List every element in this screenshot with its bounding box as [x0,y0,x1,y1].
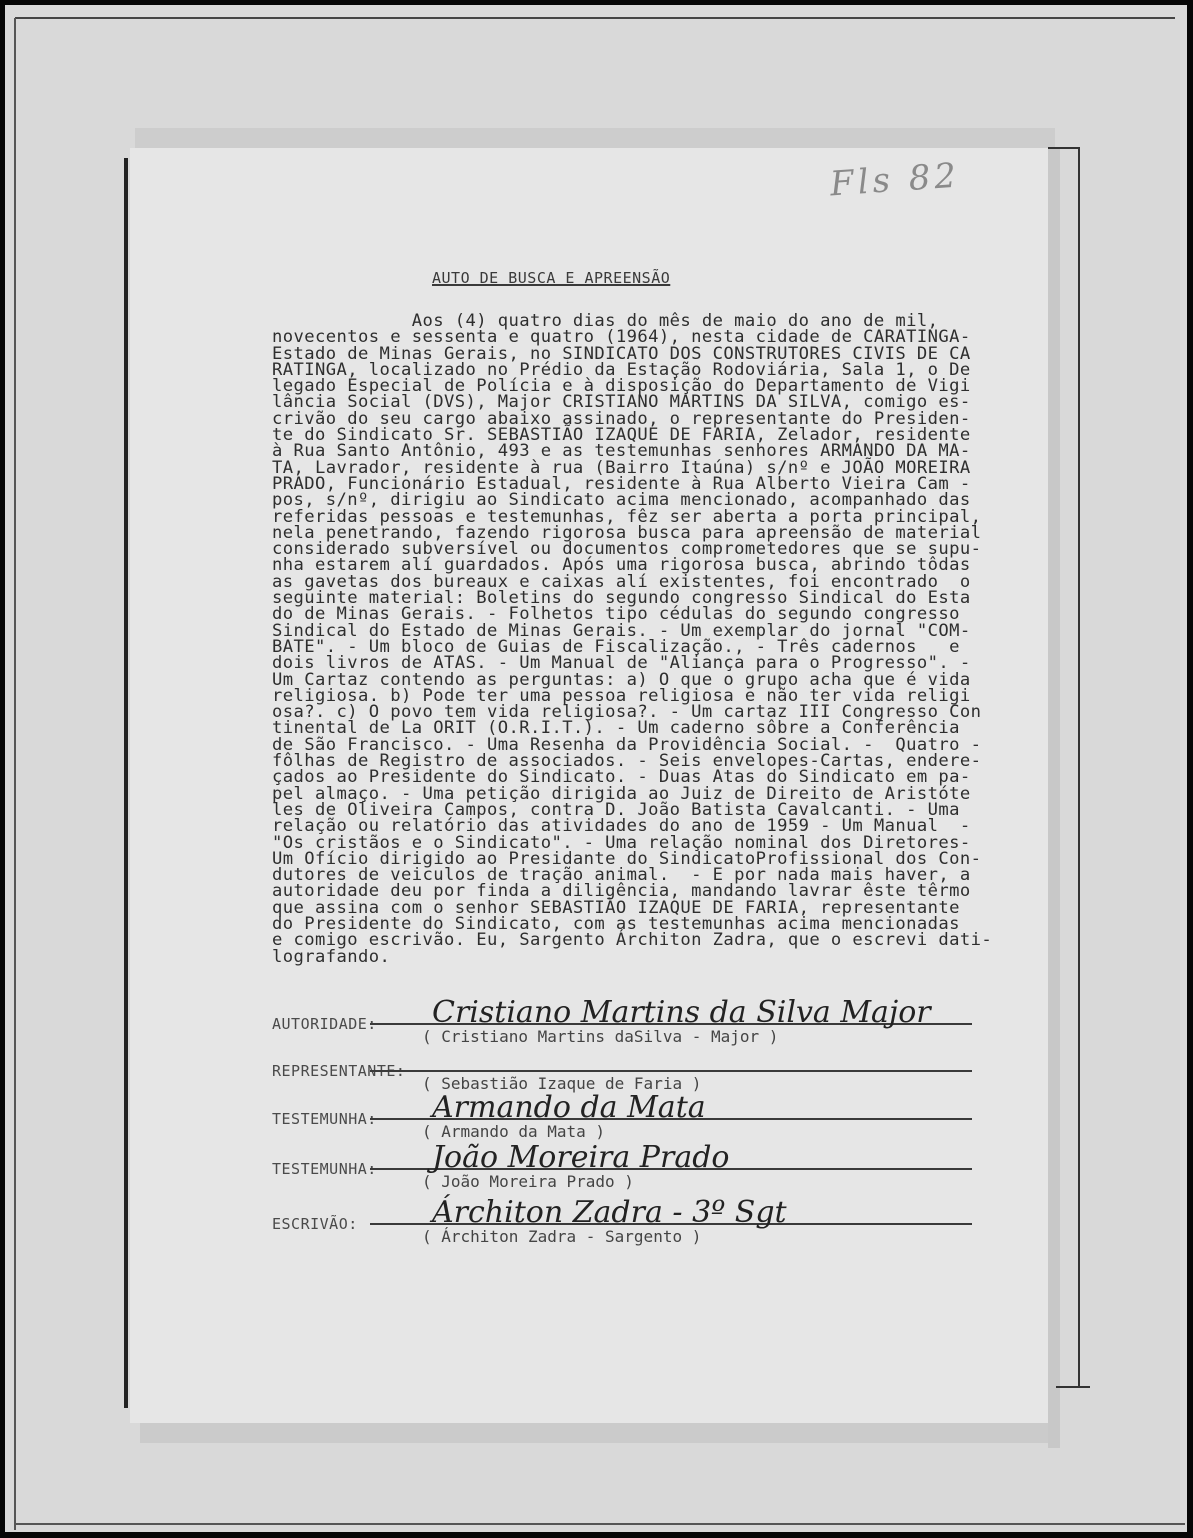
signature-label: AUTORIDADE: [272,1015,377,1033]
typed-signatory-name: ( Árchiton Zadra - Sargento ) [422,1227,701,1246]
signature-label: TESTEMUNHA: [272,1160,377,1178]
paper-shadow-right [1048,148,1060,1448]
paper-shadow-bottom [140,1423,1060,1443]
typed-signatory-name: ( João Moreira Prado ) [422,1172,634,1191]
handwritten-signature: Armando da Mata [432,1090,706,1125]
handwritten-signature: Cristiano Martins da Silva Major [432,995,931,1030]
document-body: Aos (4) quatro dias do mês de maio do an… [272,313,1012,965]
signature-row: AUTORIDADE:Cristiano Martins da Silva Ma… [272,1015,1012,1063]
signature-label: TESTEMUNHA: [272,1110,377,1128]
signature-label: ESCRIVÃO: [272,1215,358,1233]
paper-shadow-top [135,128,1055,148]
handwritten-signature: João Moreira Prado [432,1140,729,1175]
signature-row: ESCRIVÃO:Árchiton Zadra - 3º Sgt( Árchit… [272,1215,1012,1263]
handwritten-signature: Árchiton Zadra - 3º Sgt [432,1195,787,1230]
signature-line [370,1070,972,1072]
back-sheet-edge-top [1048,147,1080,149]
paper-edge-left [124,158,128,1408]
typed-signatory-name: ( Armando da Mata ) [422,1122,605,1141]
back-sheet-edge-bottom [1056,1386,1090,1388]
document-title: AUTO DE BUSCA E APREENSÃO [432,269,670,287]
frame-border-top [15,17,1175,19]
frame-border-left [14,18,16,1530]
back-sheet-edge-right [1078,147,1080,1387]
frame-border-bottom [15,1523,1185,1525]
typed-signatory-name: ( Cristiano Martins daSilva - Major ) [422,1027,778,1046]
